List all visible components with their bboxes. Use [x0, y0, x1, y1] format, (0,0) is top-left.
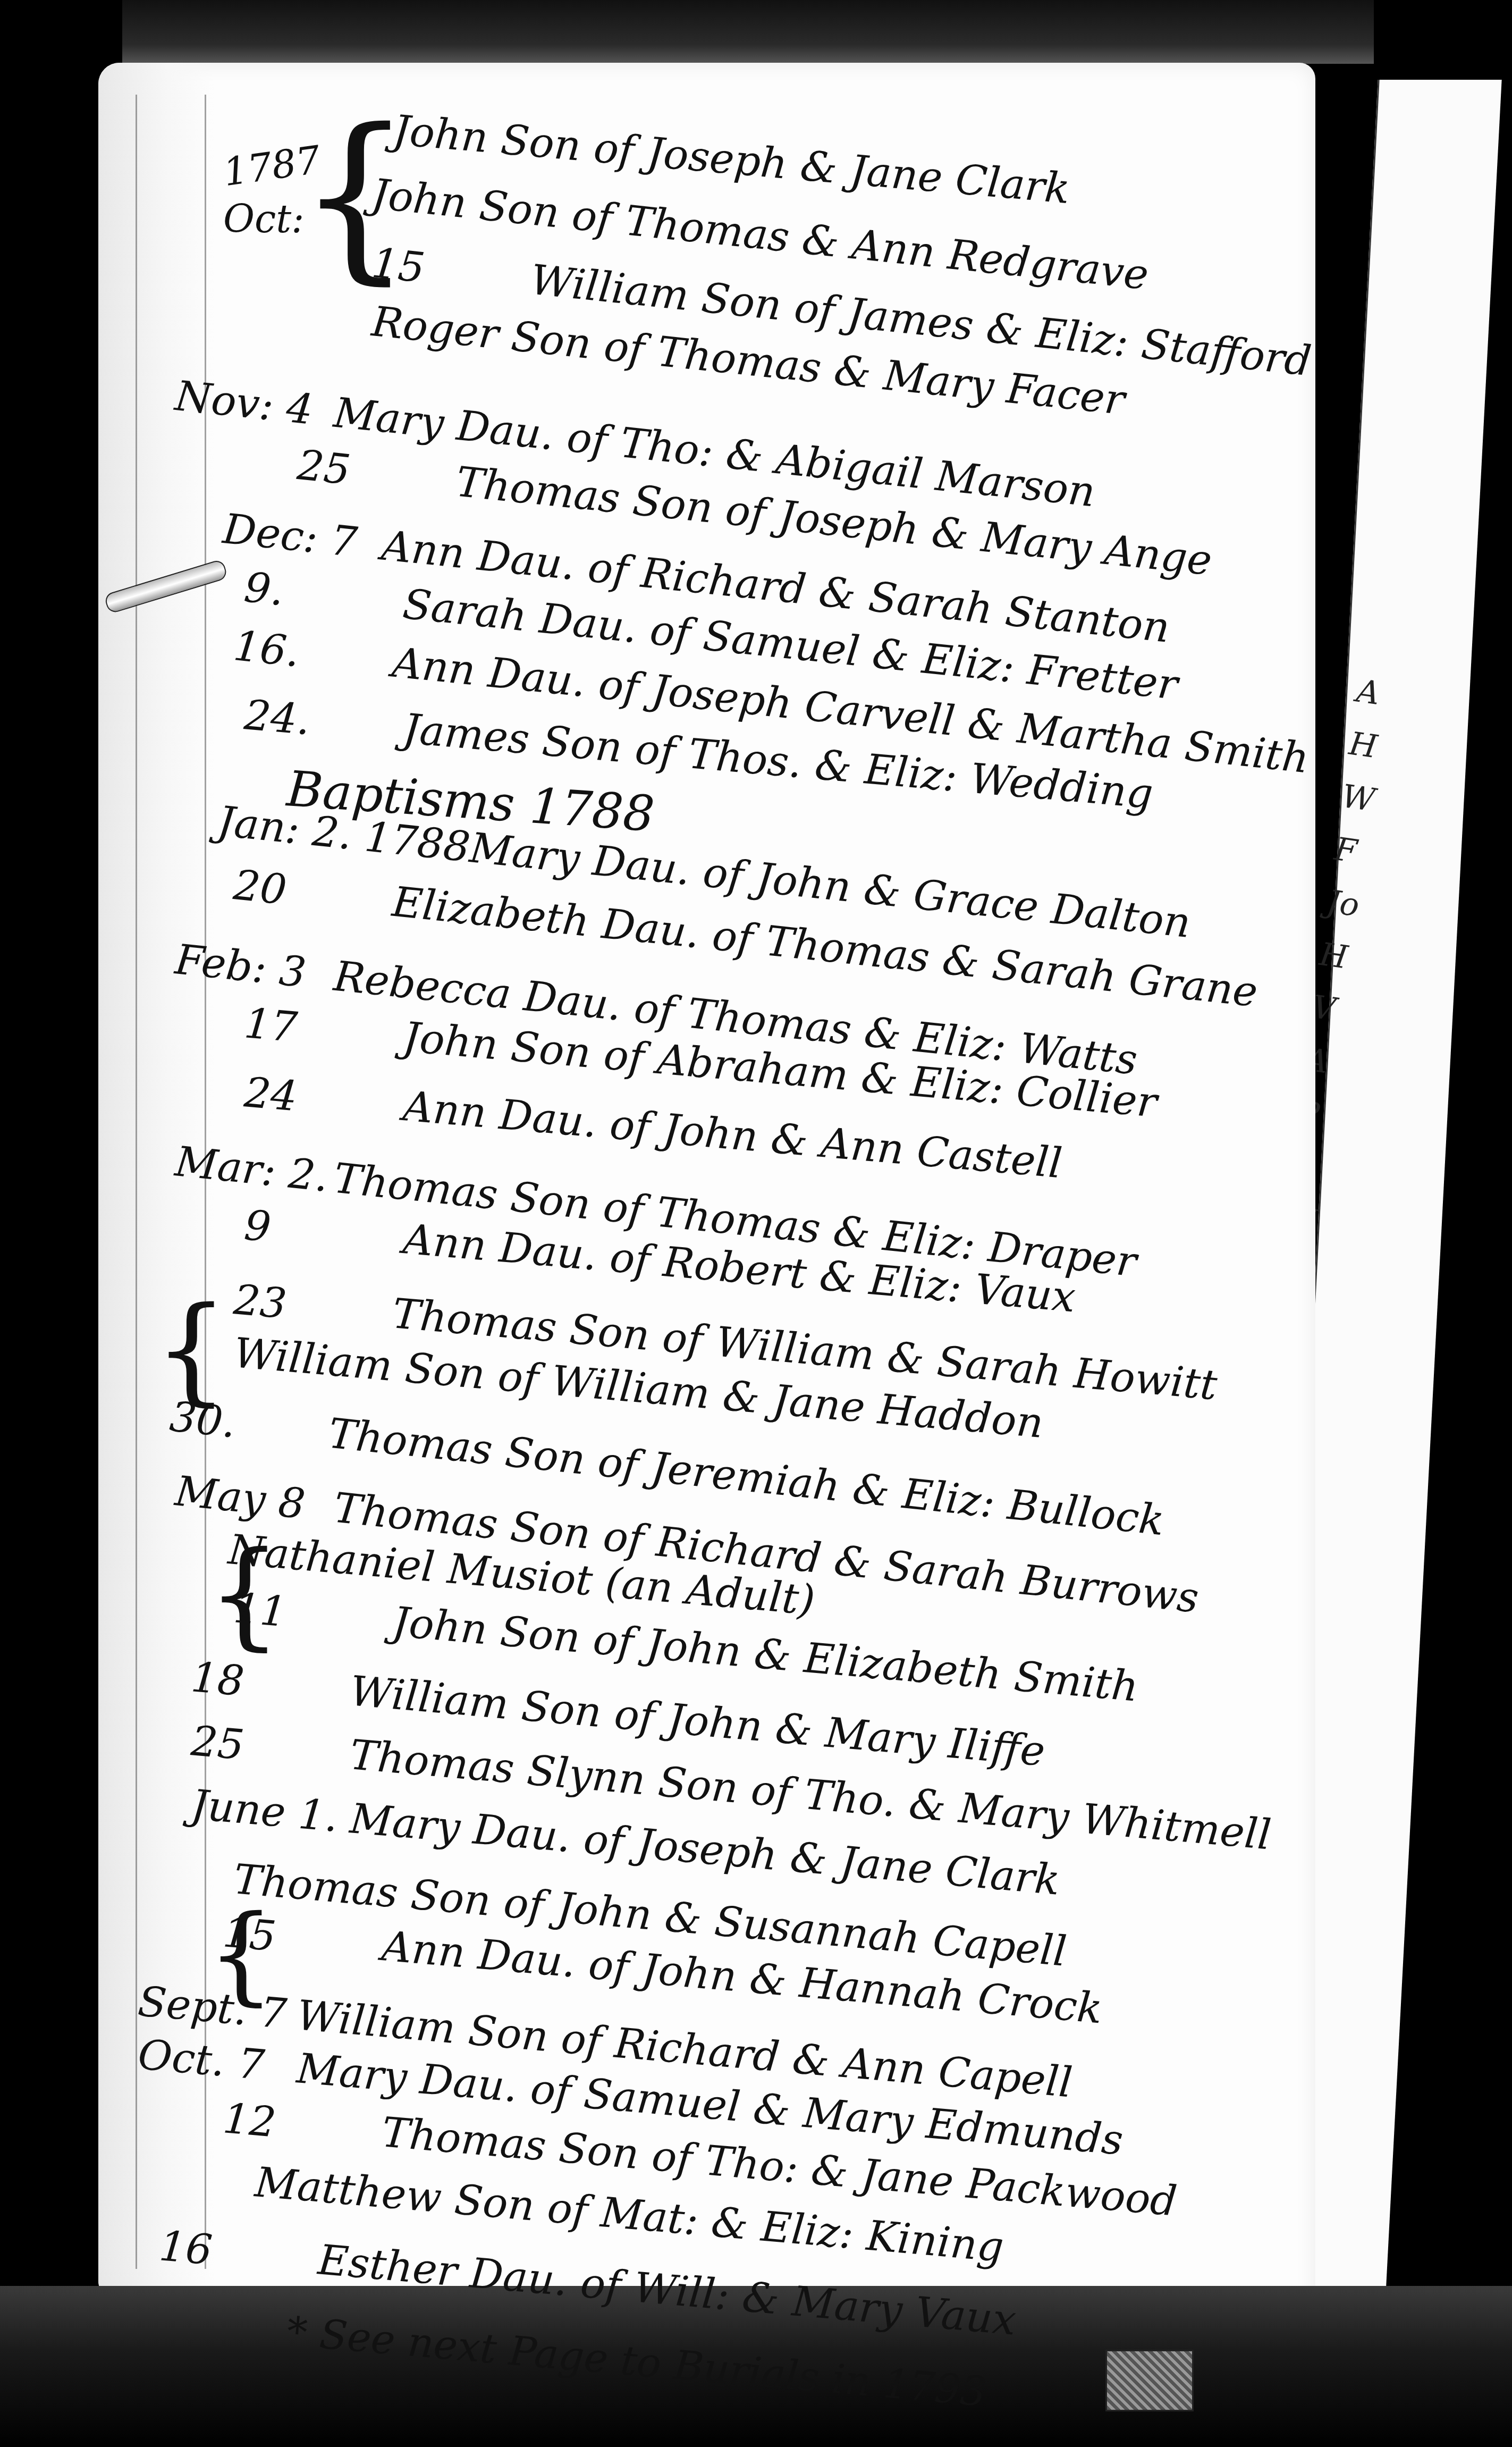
entry-date: 24: [242, 1069, 406, 1130]
entry-date: 30.: [167, 1393, 331, 1457]
baptism-entries: John Son of Joseph & Jane ClarkJohn Son …: [0, 0, 1512, 2447]
entry-date: Dec: 7: [221, 505, 384, 569]
entry-date: 17: [242, 999, 406, 1061]
entry-date: June 1.: [189, 1781, 352, 1843]
entry-date: 9: [242, 1201, 406, 1263]
entry-date: 12: [221, 2095, 384, 2156]
entry-date: Oct. 7: [136, 2031, 299, 2092]
entry-date: 9.: [242, 564, 406, 628]
entry-date: 15: [221, 1908, 384, 1970]
entry-date: Nov: 4: [173, 372, 336, 436]
entry-date: Feb: 3: [173, 936, 336, 1000]
entry-date: 23: [232, 1276, 395, 1338]
entry-date: 24.: [242, 691, 406, 753]
entry-date: 25: [189, 1717, 352, 1779]
entry-date: May 8: [173, 1467, 336, 1532]
entry-date: Mar: 2.: [173, 1138, 336, 1202]
entry-date: 16: [157, 2222, 320, 2284]
entry-date: 16.: [231, 622, 395, 686]
entry-date: 20: [231, 861, 395, 926]
entry-date: 11: [232, 1584, 395, 1646]
entry-date: 18: [189, 1653, 352, 1715]
entry-date: 25: [295, 441, 459, 506]
entry-date: Sept. 7: [136, 1978, 299, 2039]
entry-date: 15: [369, 239, 533, 304]
